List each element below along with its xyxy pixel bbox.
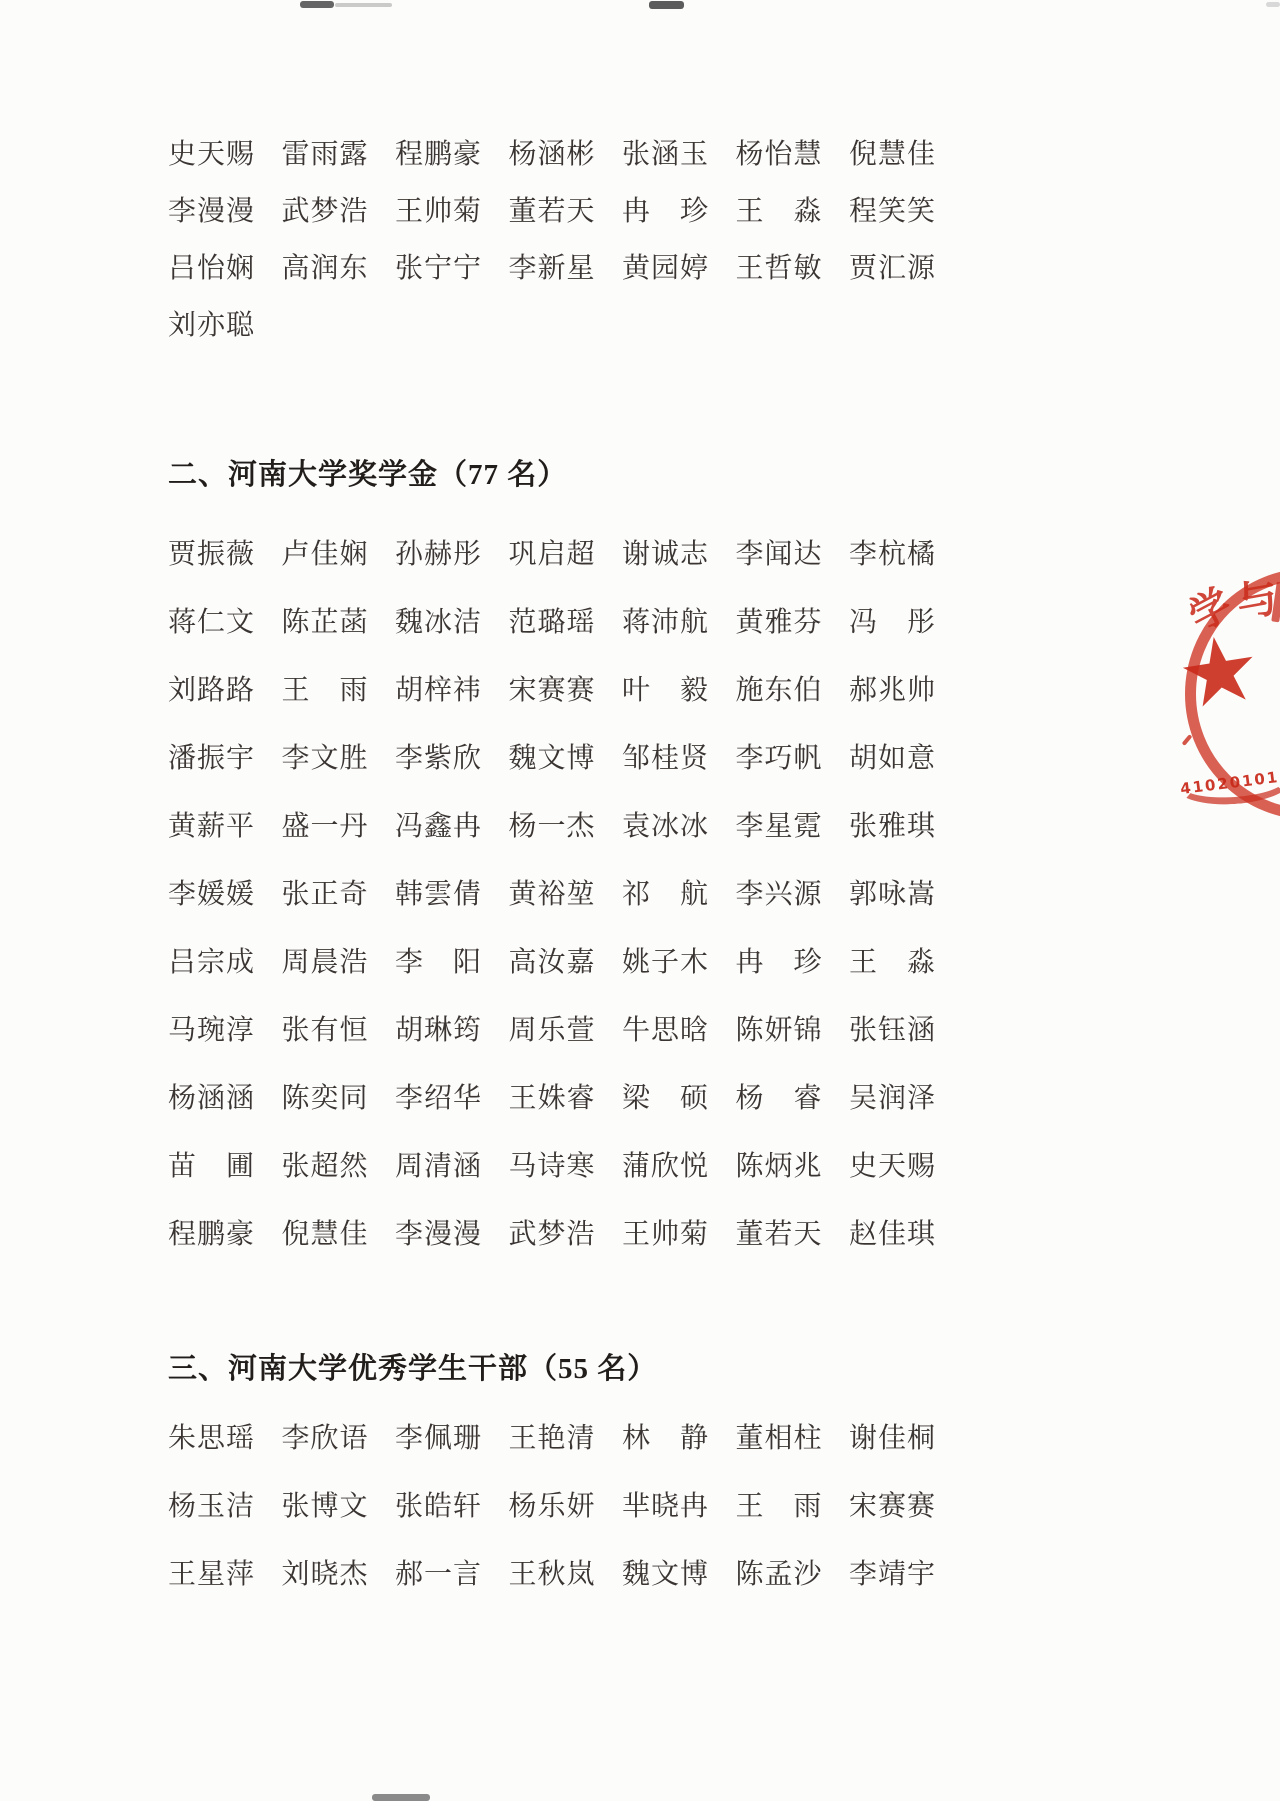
- person-name: 张皓轩: [395, 1492, 509, 1560]
- person-name: 李文胜: [282, 744, 396, 812]
- person-name: 周乐萱: [509, 1016, 623, 1084]
- person-name: 李 阳: [395, 948, 509, 1016]
- section-heading-scholarship: 二、河南大学奖学金（77 名）: [168, 458, 567, 492]
- person-name: 谢佳桐: [849, 1424, 963, 1492]
- person-name: 李新星: [509, 254, 623, 311]
- person-name: 马琬淳: [168, 1016, 282, 1084]
- person-name: 李漫漫: [395, 1220, 509, 1288]
- person-name: 黄裕堃: [509, 880, 623, 948]
- red-seal-stamp: 学 与 ★ 41020101: [1170, 530, 1280, 830]
- person-name: 胡琳筠: [395, 1016, 509, 1084]
- name-list-scholarship: 贾振薇卢佳娴孙赫彤巩启超谢诚志李闻达李杭橘蒋仁文陈芷菡魏冰洁范璐瑶蒋沛航黄雅芬冯…: [168, 540, 968, 1288]
- person-name: 魏冰洁: [395, 608, 509, 676]
- star-icon: ★: [1171, 620, 1267, 724]
- person-name: 杨 睿: [736, 1084, 850, 1152]
- person-name: 张博文: [282, 1492, 396, 1560]
- person-name: 董若天: [509, 197, 623, 254]
- person-name: 邹桂贤: [622, 744, 736, 812]
- person-name: 李杭橘: [849, 540, 963, 608]
- person-name: 武梦浩: [509, 1220, 623, 1288]
- person-name: 史天赐: [168, 140, 282, 197]
- person-name: 武梦浩: [282, 197, 396, 254]
- person-name: 陈芷菡: [282, 608, 396, 676]
- person-name: 张雅琪: [849, 812, 963, 880]
- name-list-continuation: 史天赐雷雨露程鹏豪杨涵彬张涵玉杨怡慧倪慧佳李漫漫武梦浩王帅菊董若天冉 珍王 淼程…: [168, 140, 968, 368]
- person-name: 张有恒: [282, 1016, 396, 1084]
- person-name: 贾汇源: [849, 254, 963, 311]
- person-name: 王艳清: [509, 1424, 623, 1492]
- person-name: 史天赐: [849, 1152, 963, 1220]
- person-name: 倪慧佳: [282, 1220, 396, 1288]
- person-name: 吴润泽: [849, 1084, 963, 1152]
- person-name: 谢诚志: [622, 540, 736, 608]
- person-name: 冯 彤: [849, 608, 963, 676]
- document-page: 史天赐雷雨露程鹏豪杨涵彬张涵玉杨怡慧倪慧佳李漫漫武梦浩王帅菊董若天冉 珍王 淼程…: [0, 0, 1280, 1801]
- person-name: 李兴源: [736, 880, 850, 948]
- person-name: 袁冰冰: [622, 812, 736, 880]
- person-name: 李欣语: [282, 1424, 396, 1492]
- scan-artifact: [335, 3, 392, 7]
- person-name: 宋赛赛: [509, 676, 623, 744]
- person-name: 范璐瑶: [509, 608, 623, 676]
- person-name: 梁 硕: [622, 1084, 736, 1152]
- person-name: 吕怡娴: [168, 254, 282, 311]
- person-name: 施东伯: [736, 676, 850, 744]
- scan-artifact: [372, 1794, 430, 1801]
- person-name: 冉 珍: [622, 197, 736, 254]
- scan-artifact: [300, 1, 334, 8]
- person-name: 张宁宁: [395, 254, 509, 311]
- person-name: 程鹏豪: [168, 1220, 282, 1288]
- person-name: 郝兆帅: [849, 676, 963, 744]
- person-name: 张涵玉: [622, 140, 736, 197]
- person-name: 王 淼: [849, 948, 963, 1016]
- name-list-outstanding-cadres: 朱思瑶李欣语李佩珊王艳清林 静董相柱谢佳桐杨玉洁张博文张皓轩杨乐妍芈晓冉王 雨宋…: [168, 1424, 968, 1628]
- person-name: 王星萍: [168, 1560, 282, 1628]
- person-name: 郝一言: [395, 1560, 509, 1628]
- person-name: 张正奇: [282, 880, 396, 948]
- person-name: 刘路路: [168, 676, 282, 744]
- scan-artifact: [649, 1, 684, 9]
- person-name: 林 静: [622, 1424, 736, 1492]
- person-name: 王帅菊: [395, 197, 509, 254]
- person-name: 魏文博: [509, 744, 623, 812]
- person-name: 蒲欣悦: [622, 1152, 736, 1220]
- person-name: 董相柱: [736, 1424, 850, 1492]
- person-name: 高润东: [282, 254, 396, 311]
- person-name: 黄薪平: [168, 812, 282, 880]
- person-name: 程鹏豪: [395, 140, 509, 197]
- person-name: 杨玉洁: [168, 1492, 282, 1560]
- person-name: 黄园婷: [622, 254, 736, 311]
- person-name: 胡梓祎: [395, 676, 509, 744]
- person-name: 杨涵涵: [168, 1084, 282, 1152]
- person-name: 朱思瑶: [168, 1424, 282, 1492]
- person-name: 黄雅芬: [736, 608, 850, 676]
- person-name: 杨一杰: [509, 812, 623, 880]
- person-name: 苗 圃: [168, 1152, 282, 1220]
- person-name: 孙赫彤: [395, 540, 509, 608]
- person-name: 芈晓冉: [622, 1492, 736, 1560]
- person-name: 王哲敏: [736, 254, 850, 311]
- person-name: 刘亦聪: [168, 311, 282, 368]
- person-name: 董若天: [736, 1220, 850, 1288]
- person-name: 王秋岚: [509, 1560, 623, 1628]
- person-name: 李靖宇: [849, 1560, 963, 1628]
- person-name: 李紫欣: [395, 744, 509, 812]
- stamp-mark: [1182, 734, 1193, 746]
- section-heading-outstanding-cadres: 三、河南大学优秀学生干部（55 名）: [168, 1352, 657, 1386]
- person-name: 王帅菊: [622, 1220, 736, 1288]
- person-name: 蒋仁文: [168, 608, 282, 676]
- person-name: 陈妍锦: [736, 1016, 850, 1084]
- person-name: 潘振宇: [168, 744, 282, 812]
- person-name: 蒋沛航: [622, 608, 736, 676]
- person-name: 王姝睿: [509, 1084, 623, 1152]
- person-name: 刘晓杰: [282, 1560, 396, 1628]
- scan-artifact: [1266, 2, 1280, 7]
- person-name: 胡如意: [849, 744, 963, 812]
- person-name: 魏文博: [622, 1560, 736, 1628]
- person-name: 程笑笑: [849, 197, 963, 254]
- person-name: 马诗寒: [509, 1152, 623, 1220]
- person-name: 陈孟沙: [736, 1560, 850, 1628]
- person-name: 韩雲倩: [395, 880, 509, 948]
- person-name: 李星霓: [736, 812, 850, 880]
- person-name: 李巧帆: [736, 744, 850, 812]
- person-name: 姚子木: [622, 948, 736, 1016]
- person-name: 陈炳兆: [736, 1152, 850, 1220]
- person-name: 杨乐妍: [509, 1492, 623, 1560]
- person-name: 张钰涵: [849, 1016, 963, 1084]
- person-name: 雷雨露: [282, 140, 396, 197]
- person-name: 李绍华: [395, 1084, 509, 1152]
- person-name: 倪慧佳: [849, 140, 963, 197]
- person-name: 冉 珍: [736, 948, 850, 1016]
- person-name: 王 雨: [282, 676, 396, 744]
- person-name: 牛思晗: [622, 1016, 736, 1084]
- person-name: 宋赛赛: [849, 1492, 963, 1560]
- person-name: 杨怡慧: [736, 140, 850, 197]
- person-name: 李佩珊: [395, 1424, 509, 1492]
- person-name: 巩启超: [509, 540, 623, 608]
- person-name: 王 雨: [736, 1492, 850, 1560]
- person-name: 郭咏嵩: [849, 880, 963, 948]
- person-name: 贾振薇: [168, 540, 282, 608]
- person-name: 李闻达: [736, 540, 850, 608]
- person-name: 周清涵: [395, 1152, 509, 1220]
- person-name: 祁 航: [622, 880, 736, 948]
- person-name: 吕宗成: [168, 948, 282, 1016]
- person-name: 赵佳琪: [849, 1220, 963, 1288]
- person-name: 周晨浩: [282, 948, 396, 1016]
- person-name: 冯鑫冉: [395, 812, 509, 880]
- person-name: 王 淼: [736, 197, 850, 254]
- person-name: 卢佳娴: [282, 540, 396, 608]
- person-name: 杨涵彬: [509, 140, 623, 197]
- person-name: 盛一丹: [282, 812, 396, 880]
- person-name: 李漫漫: [168, 197, 282, 254]
- person-name: 张超然: [282, 1152, 396, 1220]
- person-name: 高汝嘉: [509, 948, 623, 1016]
- person-name: 叶 毅: [622, 676, 736, 744]
- person-name: 李媛媛: [168, 880, 282, 948]
- person-name: 陈奕同: [282, 1084, 396, 1152]
